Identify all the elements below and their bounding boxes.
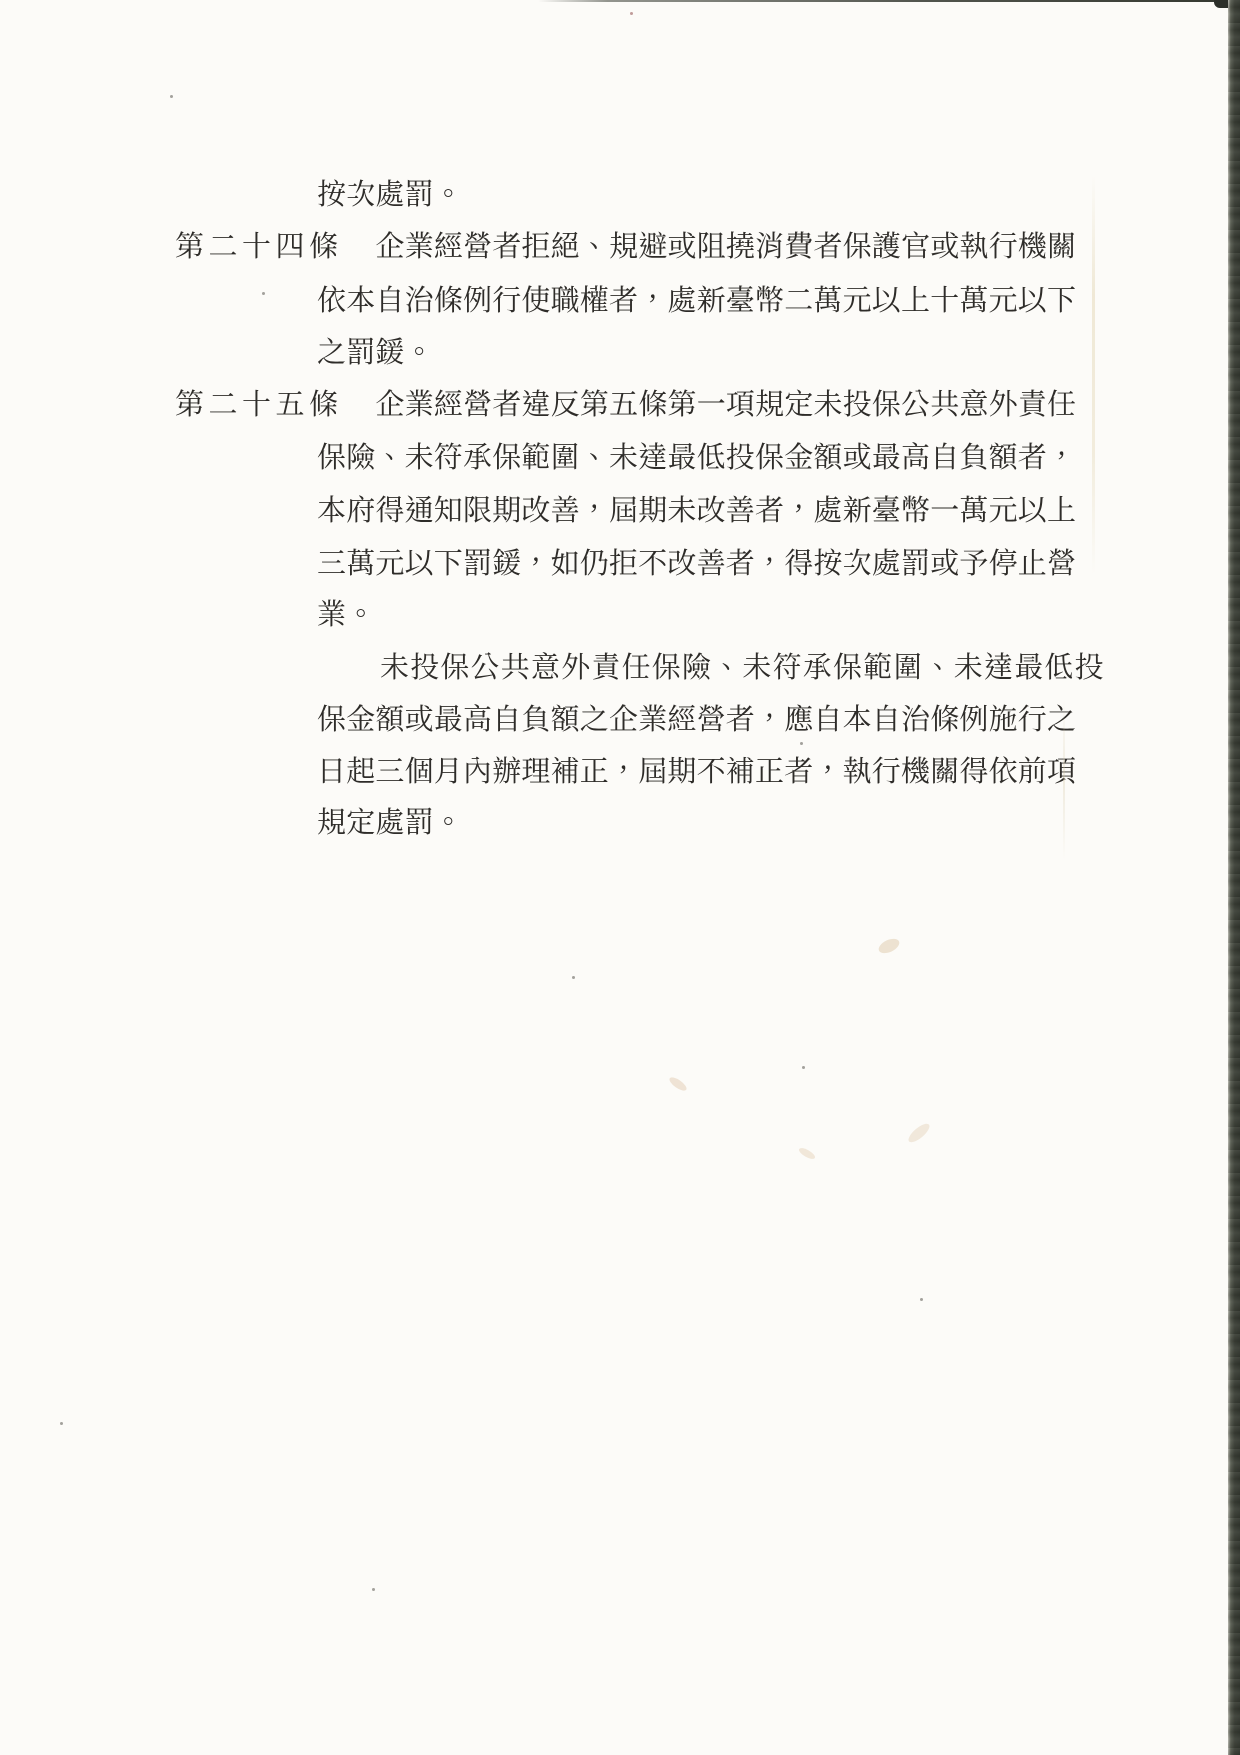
- article-25-p2-line-2: 保金額或最高自負額之企業經營者，應自本自治條例施行之: [317, 701, 1076, 737]
- article-25-p2-line-1: 未投保公共意外責任保險、未符承保範圍、未達最低投: [380, 649, 1105, 685]
- scan-edge-shadow-right: [1228, 0, 1240, 1755]
- article-24-body-line-2: 依本自治條例行使職權者，處新臺幣二萬元以上十萬元以下: [317, 282, 1076, 318]
- scan-speck: [438, 238, 441, 241]
- article-24-body-line-1: 企業經營者拒絕、規避或阻撓消費者保護官或執行機關: [376, 228, 1077, 264]
- scan-smudge: [876, 936, 901, 956]
- scan-speck: [802, 1066, 805, 1069]
- article-25-p1-line-1: 企業經營者違反第五條第一項規定未投保公共意外責任: [376, 386, 1077, 422]
- scan-smudge: [906, 1121, 932, 1145]
- scan-speck: [262, 292, 265, 295]
- scan-speck: [800, 742, 803, 745]
- article-24-body-line-3: 之罰鍰。: [317, 334, 434, 370]
- scan-speck: [920, 1298, 923, 1301]
- article-25-p2-line-4: 規定處罰。: [317, 804, 463, 840]
- carryover-line: 按次處罰。: [317, 176, 463, 212]
- scan-smudge: [797, 1146, 816, 1161]
- article-24-number: 第二十四條: [175, 228, 343, 264]
- scan-crease-vertical-2: [1063, 700, 1065, 860]
- article-25-p1-line-5: 業。: [317, 596, 375, 632]
- scan-speck: [372, 1588, 375, 1591]
- scan-speck: [170, 95, 173, 98]
- article-25-number: 第二十五條: [175, 386, 343, 422]
- article-25-p1-line-2: 保險、未符承保範圍、未達最低投保金額或最高自負額者，: [317, 439, 1076, 475]
- article-25-p1-line-4: 三萬元以下罰鍰，如仍拒不改善者，得按次處罰或予停止營: [317, 545, 1076, 581]
- scan-speck: [630, 12, 633, 15]
- scan-smudge: [668, 1075, 689, 1093]
- scanned-document-page: 按次處罰。 第二十四條企業經營者拒絕、規避或阻撓消費者保護官或執行機關 依本自治…: [0, 0, 1240, 1755]
- article-24-row: 第二十四條企業經營者拒絕、規避或阻撓消費者保護官或執行機關: [175, 228, 1076, 264]
- scan-speck: [60, 1422, 63, 1425]
- article-25-row: 第二十五條企業經營者違反第五條第一項規定未投保公共意外責任: [175, 386, 1076, 422]
- article-25-p1-line-3: 本府得通知限期改善，屆期未改善者，處新臺幣一萬元以上: [317, 492, 1076, 528]
- article-25-p2-line-3: 日起三個月內辦理補正，屆期不補正者，執行機關得依前項: [317, 753, 1076, 789]
- scan-speck: [572, 976, 575, 979]
- scan-crease-vertical: [1092, 175, 1095, 575]
- scan-edge-top-line: [538, 0, 1232, 2]
